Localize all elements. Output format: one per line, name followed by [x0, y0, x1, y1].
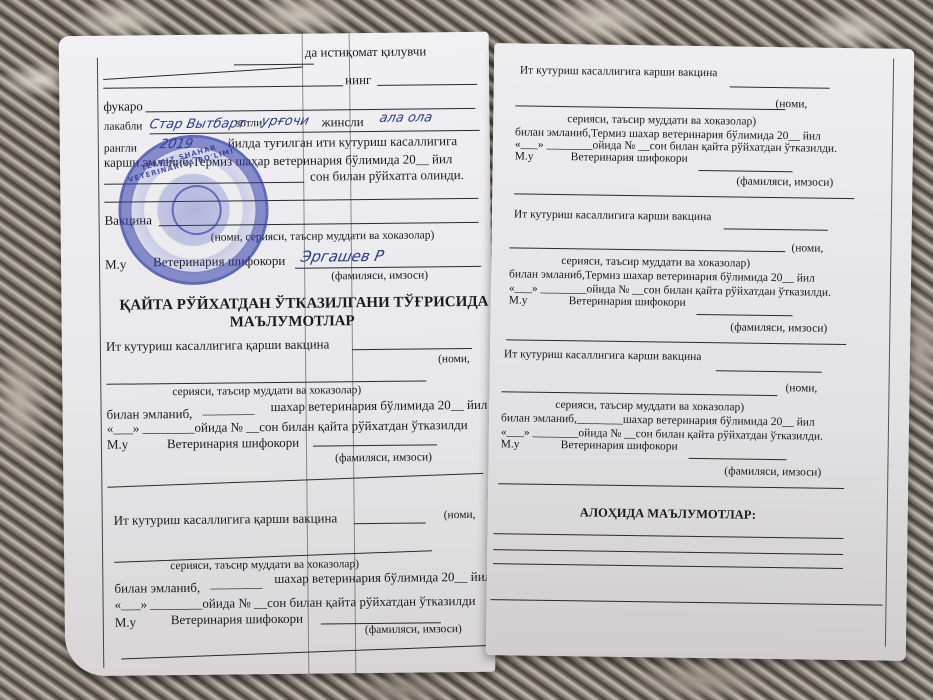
- vaccine-line: Ит кутуриш касаллигига карши вакцина: [504, 349, 702, 363]
- registration-text-3: сон билан рўйхатга олинди.: [310, 168, 464, 183]
- vaccine-line: Ит кутуриш касаллигига карши вакцина: [520, 65, 718, 79]
- series-caption: серияси, таъсир муддати ва хоказолар): [172, 385, 361, 398]
- reregistration-block: Ит кутуриш касаллигига карши вакцина (но…: [494, 43, 914, 49]
- signature-field[interactable]: [295, 266, 481, 269]
- section-title-2: МАЪЛУМОТЛАР: [230, 313, 355, 331]
- reregistration-block: Ит кутуриш касаллигига карши вакцина (но…: [494, 43, 914, 49]
- vaccine-line: Ит кутуриш касаллигига қарши вакцина: [106, 337, 330, 352]
- blank-line: [103, 85, 343, 89]
- signature-field[interactable]: [689, 458, 787, 460]
- doctor-label: Ветеринария шифокори: [561, 440, 678, 453]
- notes-line[interactable]: [493, 533, 843, 539]
- signature-caption: (фамиляси, имзоси): [730, 322, 827, 335]
- signature-caption: (фамиляси, имзоси): [335, 452, 432, 465]
- state-emblem-icon: [166, 179, 228, 241]
- page-border: [885, 59, 894, 647]
- doctor-signature: Эргашев Р: [299, 247, 385, 266]
- series-field[interactable]: [515, 105, 785, 110]
- date-text: «___» ________ойида № __сон билан қайта …: [107, 418, 468, 435]
- right-page: Ит кутуриш касаллигига карши вакцина (но…: [486, 43, 915, 661]
- name-caption: (номи,: [444, 510, 476, 522]
- reregistration-block: Ит кутуриш касаллигига қарши вакцина (но…: [59, 32, 489, 37]
- city-field[interactable]: ________: [203, 402, 255, 416]
- nickname-value[interactable]: Стар Вытбарт: [148, 116, 247, 132]
- department-text: шахар ветеринария бўлимида 20__ йил: [270, 398, 487, 413]
- signature-field[interactable]: [697, 314, 793, 316]
- stamp-label: М.у: [509, 295, 528, 307]
- reregistration-block: Ит кутуриш касаллигига қарши вакцина (но…: [59, 32, 489, 37]
- breed-value[interactable]: урғочи: [260, 114, 310, 130]
- signature-caption: (фамиляси, имзоси): [331, 270, 428, 283]
- left-page: да истиқомат қилувчи нинг фукаро лакабли…: [59, 32, 496, 676]
- notes-line[interactable]: [493, 549, 843, 555]
- stamp-label: М.у: [115, 615, 136, 628]
- section-title: ҚАЙТА РЎЙХАТДАН ЎТКАЗИЛГАНИ ТЎҒРИСИДА: [119, 294, 488, 315]
- notes-title: АЛОҲИДА МАЪЛУМОТЛАР:: [580, 506, 756, 521]
- notes-line[interactable]: [493, 563, 843, 569]
- reregistration-block: Ит кутуриш касаллигига карши вакцина (но…: [494, 43, 914, 49]
- signature-field[interactable]: [699, 170, 793, 172]
- vaccine-line: Ит кутуриш касаллигига қарши вакцина: [114, 511, 338, 526]
- series-caption: серияси, таъсир муддати ва хоказолар): [567, 114, 756, 128]
- stamp-label: М.у: [105, 258, 126, 271]
- divider: [121, 645, 491, 660]
- nickname-label: лакабли: [104, 121, 143, 133]
- blank-line: [103, 66, 303, 80]
- stamp-label: М.у: [515, 151, 534, 163]
- page-border-bottom: [491, 599, 883, 605]
- vaccine-field[interactable]: [730, 86, 830, 88]
- vaccine-line: Ит кутуриш касаллигига карши вакцина: [514, 209, 712, 223]
- divider: [498, 483, 844, 489]
- breed-label: зотли: [236, 118, 263, 130]
- series-field[interactable]: [509, 247, 785, 252]
- city-field[interactable]: ________: [210, 576, 262, 590]
- signature-caption: (фамиляси, имзоси): [724, 466, 821, 479]
- blank-line: [377, 84, 477, 86]
- doctor-label: Ветеринария шифокори: [571, 152, 688, 165]
- name-caption: (номи,: [785, 383, 817, 395]
- vaccinated-text: билан эмланиб,: [107, 407, 193, 421]
- sex-label: жинсли: [322, 115, 364, 128]
- divider: [107, 473, 483, 488]
- name-caption: (номи,: [438, 354, 470, 366]
- series-field[interactable]: [501, 391, 777, 396]
- stamp-label: М.у: [501, 439, 520, 451]
- name-caption: (номи,: [791, 243, 823, 255]
- sex-value[interactable]: ала ола: [378, 110, 434, 126]
- vaccinated-text: билан эмланиб,: [114, 581, 200, 595]
- date-text: «___» ________ойида № __сон билан қайта …: [115, 594, 476, 611]
- series-caption: серияси, таъсир муддати ва хоказолар): [561, 256, 750, 270]
- residence-label: да истиқомат қилувчи: [305, 44, 427, 58]
- doctor-label: Ветеринария шифокори: [569, 296, 686, 309]
- department-text: шахар ветеринария бўлимида 20__ йил: [274, 570, 491, 585]
- signature-caption: (фамиляси, имзоси): [365, 624, 462, 637]
- vaccine-field[interactable]: [354, 522, 426, 524]
- series-caption: серияси, таъсир муддати ва хоказолар): [555, 400, 744, 414]
- divider: [514, 193, 854, 199]
- vaccine-field[interactable]: [716, 370, 822, 372]
- vaccine-field[interactable]: [724, 228, 828, 230]
- divider: [506, 339, 846, 345]
- registration-text-1: йилда туғилган ити кутуриш касаллигига: [228, 134, 457, 149]
- signature-caption: (фамиляси, имзоси): [736, 176, 833, 189]
- owner-label: нинг: [345, 73, 371, 86]
- signature-field[interactable]: [313, 444, 437, 446]
- doctor-label: Ветеринария шифокори: [171, 612, 303, 626]
- doctor-label: Ветеринария шифокори: [167, 436, 299, 450]
- stamp-label: М.у: [107, 438, 128, 451]
- vaccine-field[interactable]: [352, 348, 472, 350]
- citizen-label: фукаро: [103, 99, 143, 112]
